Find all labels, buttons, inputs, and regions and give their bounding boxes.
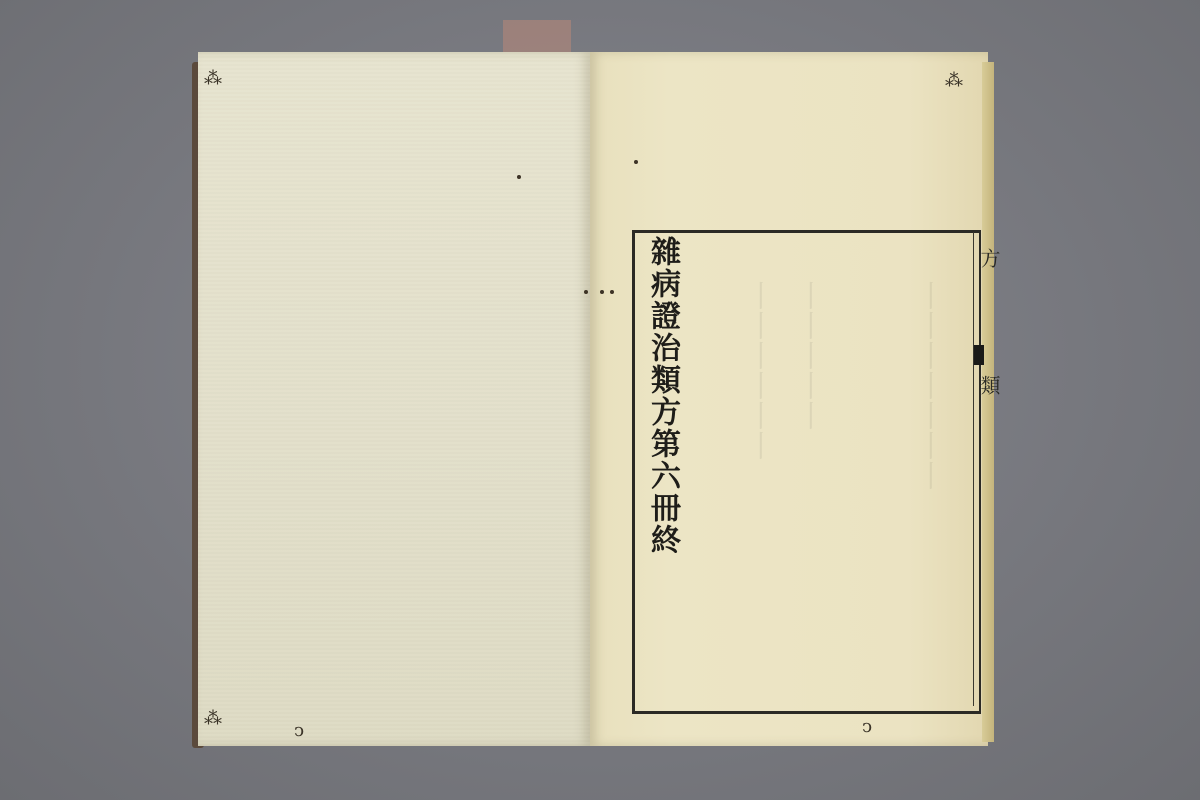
show-through-text: 丨丨丨丨丨 (785, 280, 829, 430)
paper-texture (198, 52, 590, 746)
binding-hole: ⁂ (204, 708, 222, 729)
show-through-text: 丨丨丨丨丨丨丨 (905, 280, 949, 490)
paper-spot (600, 290, 604, 294)
frame-gutter-line (973, 232, 974, 706)
paper-spot (610, 290, 614, 294)
fish-tail-mark (974, 345, 984, 365)
binding-hole: ↄ (294, 720, 304, 741)
edge-character: 方 (975, 248, 1004, 268)
paper-spot (634, 160, 638, 164)
paper-spot (517, 175, 521, 179)
paper-spot (584, 290, 588, 294)
show-through-text: 丨丨丨丨丨丨 (735, 280, 779, 460)
left-page (198, 52, 590, 746)
binding-hole: ↄ (862, 716, 872, 737)
binding-hole: ⁂ (945, 70, 963, 91)
colophon-text: 雜病證治類方第六冊終 (641, 236, 681, 556)
binding-hole: ⁂ (204, 68, 222, 89)
page-edge-stack (982, 62, 994, 742)
edge-character: 類 (975, 375, 1004, 395)
